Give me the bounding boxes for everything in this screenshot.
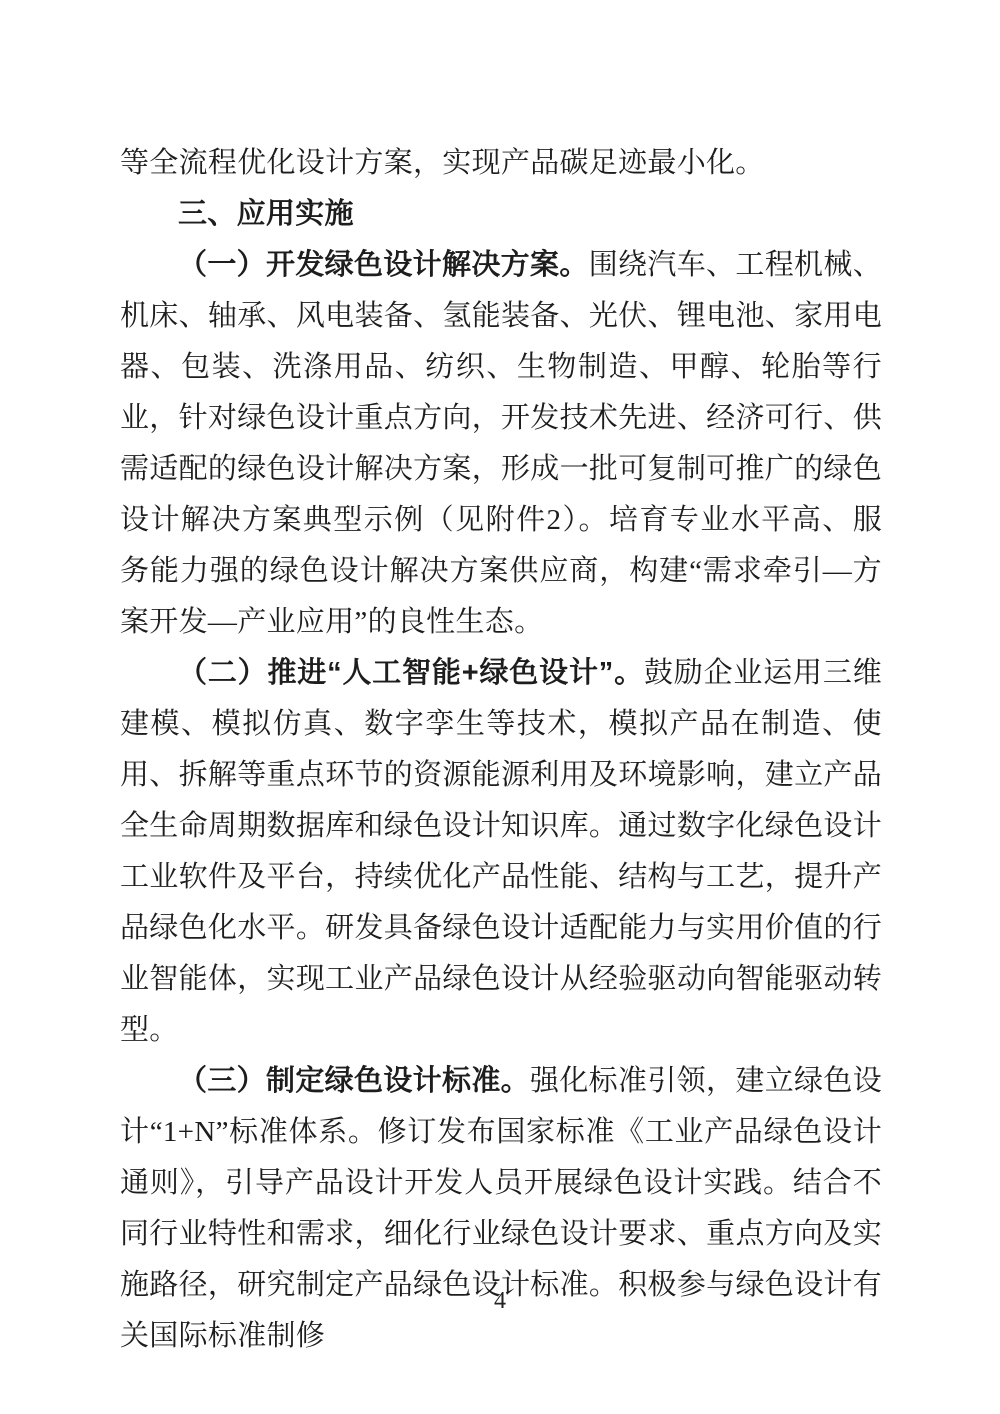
paragraph-text: 等全流程优化设计方案，实现产品碳足迹最小化。 — [120, 147, 765, 179]
page-number: 4 — [0, 1286, 1000, 1316]
paragraph: （二）推进“人工智能+绿色设计”。鼓励企业运用三维建模、模拟仿真、数字孪生等技术… — [120, 648, 882, 1056]
document-body: 等全流程优化设计方案，实现产品碳足迹最小化。 三、应用实施 （一）开发绿色设计解… — [120, 138, 882, 1362]
paragraph-text: 鼓励企业运用三维建模、模拟仿真、数字孪生等技术，模拟产品在制造、使用、拆解等重点… — [120, 657, 882, 1046]
paragraph-text: 围绕汽车、工程机械、机床、轴承、风电装备、氢能装备、光伏、锂电池、家用电器、包装… — [120, 249, 882, 638]
paragraph: （三）制定绿色设计标准。强化标准引领，建立绿色设计“1+N”标准体系。修订发布国… — [120, 1056, 882, 1362]
paragraph-lead: （三）制定绿色设计标准。 — [178, 1065, 530, 1097]
paragraph: （一）开发绿色设计解决方案。围绕汽车、工程机械、机床、轴承、风电装备、氢能装备、… — [120, 240, 882, 648]
document-page: 等全流程优化设计方案，实现产品碳足迹最小化。 三、应用实施 （一）开发绿色设计解… — [0, 0, 1000, 1414]
section-heading: 三、应用实施 — [120, 189, 882, 240]
paragraph-lead: （一）开发绿色设计解决方案。 — [178, 249, 589, 281]
paragraph-continuation: 等全流程优化设计方案，实现产品碳足迹最小化。 — [120, 138, 882, 189]
paragraph-lead: （二）推进“人工智能+绿色设计”。 — [178, 657, 644, 689]
